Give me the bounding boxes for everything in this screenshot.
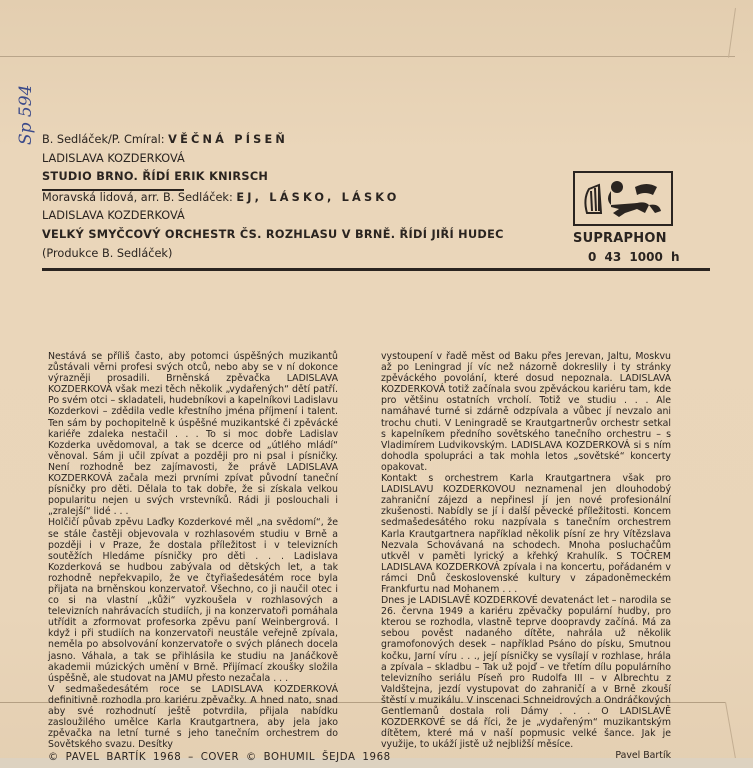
label-brand: SUPRAPHON — [573, 231, 677, 246]
liner-paragraph: Kontakt s orchestrem Karla Krautgartnera… — [381, 473, 671, 595]
liner-paragraph: Nestává se příliš často, aby potomci úsp… — [48, 351, 338, 517]
liner-paragraph: V sedmašedesátém roce se LADISLAVA KOZDE… — [48, 684, 338, 751]
track2-title: EJ, LÁSKO, LÁSKO — [236, 191, 399, 204]
sleeve-fold-top — [0, 56, 735, 57]
record-sleeve-back: Sp 594 B. Sedláček/P. Cmíral: VĚČNÁ PÍSE… — [0, 0, 753, 768]
liner-paragraph: Holčičí půvab zpěvu Laďky Kozderkové měl… — [48, 517, 338, 683]
track1-performer: LADISLAVA KOZDERKOVÁ — [42, 150, 532, 169]
liner-paragraph: vystoupení v řadě měst od Baku přes Jere… — [381, 351, 671, 473]
liner-paragraph: Dnes je LADISLAVĚ KOZDERKOVÉ devatenáct … — [381, 595, 671, 750]
catalog-number: 0 43 1000 h — [588, 250, 680, 264]
header-divider — [42, 268, 710, 271]
copyright-notice: © PAVEL BARTÍK 1968 – COVER © BOHUMIL ŠE… — [48, 752, 338, 763]
supraphon-logo — [573, 171, 673, 226]
track2-authors: Moravská lidová, arr. B. Sedláček: — [42, 191, 233, 204]
supraphon-lion-lyre-logo-icon — [575, 173, 671, 224]
sleeve-fold-edge — [728, 8, 736, 58]
author-signature: Pavel Bartík — [381, 750, 671, 761]
sleeve-fold-edge — [725, 702, 736, 761]
track1-ensemble: STUDIO BRNO. ŘÍDÍ ERIK KNIRSCH — [42, 168, 532, 187]
track2-performer: LADISLAVA KOZDERKOVÁ — [42, 207, 532, 226]
track2-credit-line: Moravská lidová, arr. B. Sedláček: EJ, L… — [42, 189, 532, 208]
production-credit: (Produkce B. Sedláček) — [42, 245, 532, 264]
track1-authors: B. Sedláček/P. Cmíral: — [42, 133, 165, 146]
liner-notes-left-column: Nestává se příliš často, aby potomci úsp… — [48, 351, 338, 763]
track1-credit-line: B. Sedláček/P. Cmíral: VĚČNÁ PÍSEŇ — [42, 131, 532, 150]
liner-notes-right-column: vystoupení v řadě měst od Baku přes Jere… — [381, 351, 671, 761]
track-credits: B. Sedláček/P. Cmíral: VĚČNÁ PÍSEŇ LADIS… — [42, 131, 532, 263]
track2-ensemble: VELKÝ SMYČCOVÝ ORCHESTR ČS. ROZHLASU V B… — [42, 226, 532, 245]
track1-title: VĚČNÁ PÍSEŇ — [168, 133, 288, 146]
